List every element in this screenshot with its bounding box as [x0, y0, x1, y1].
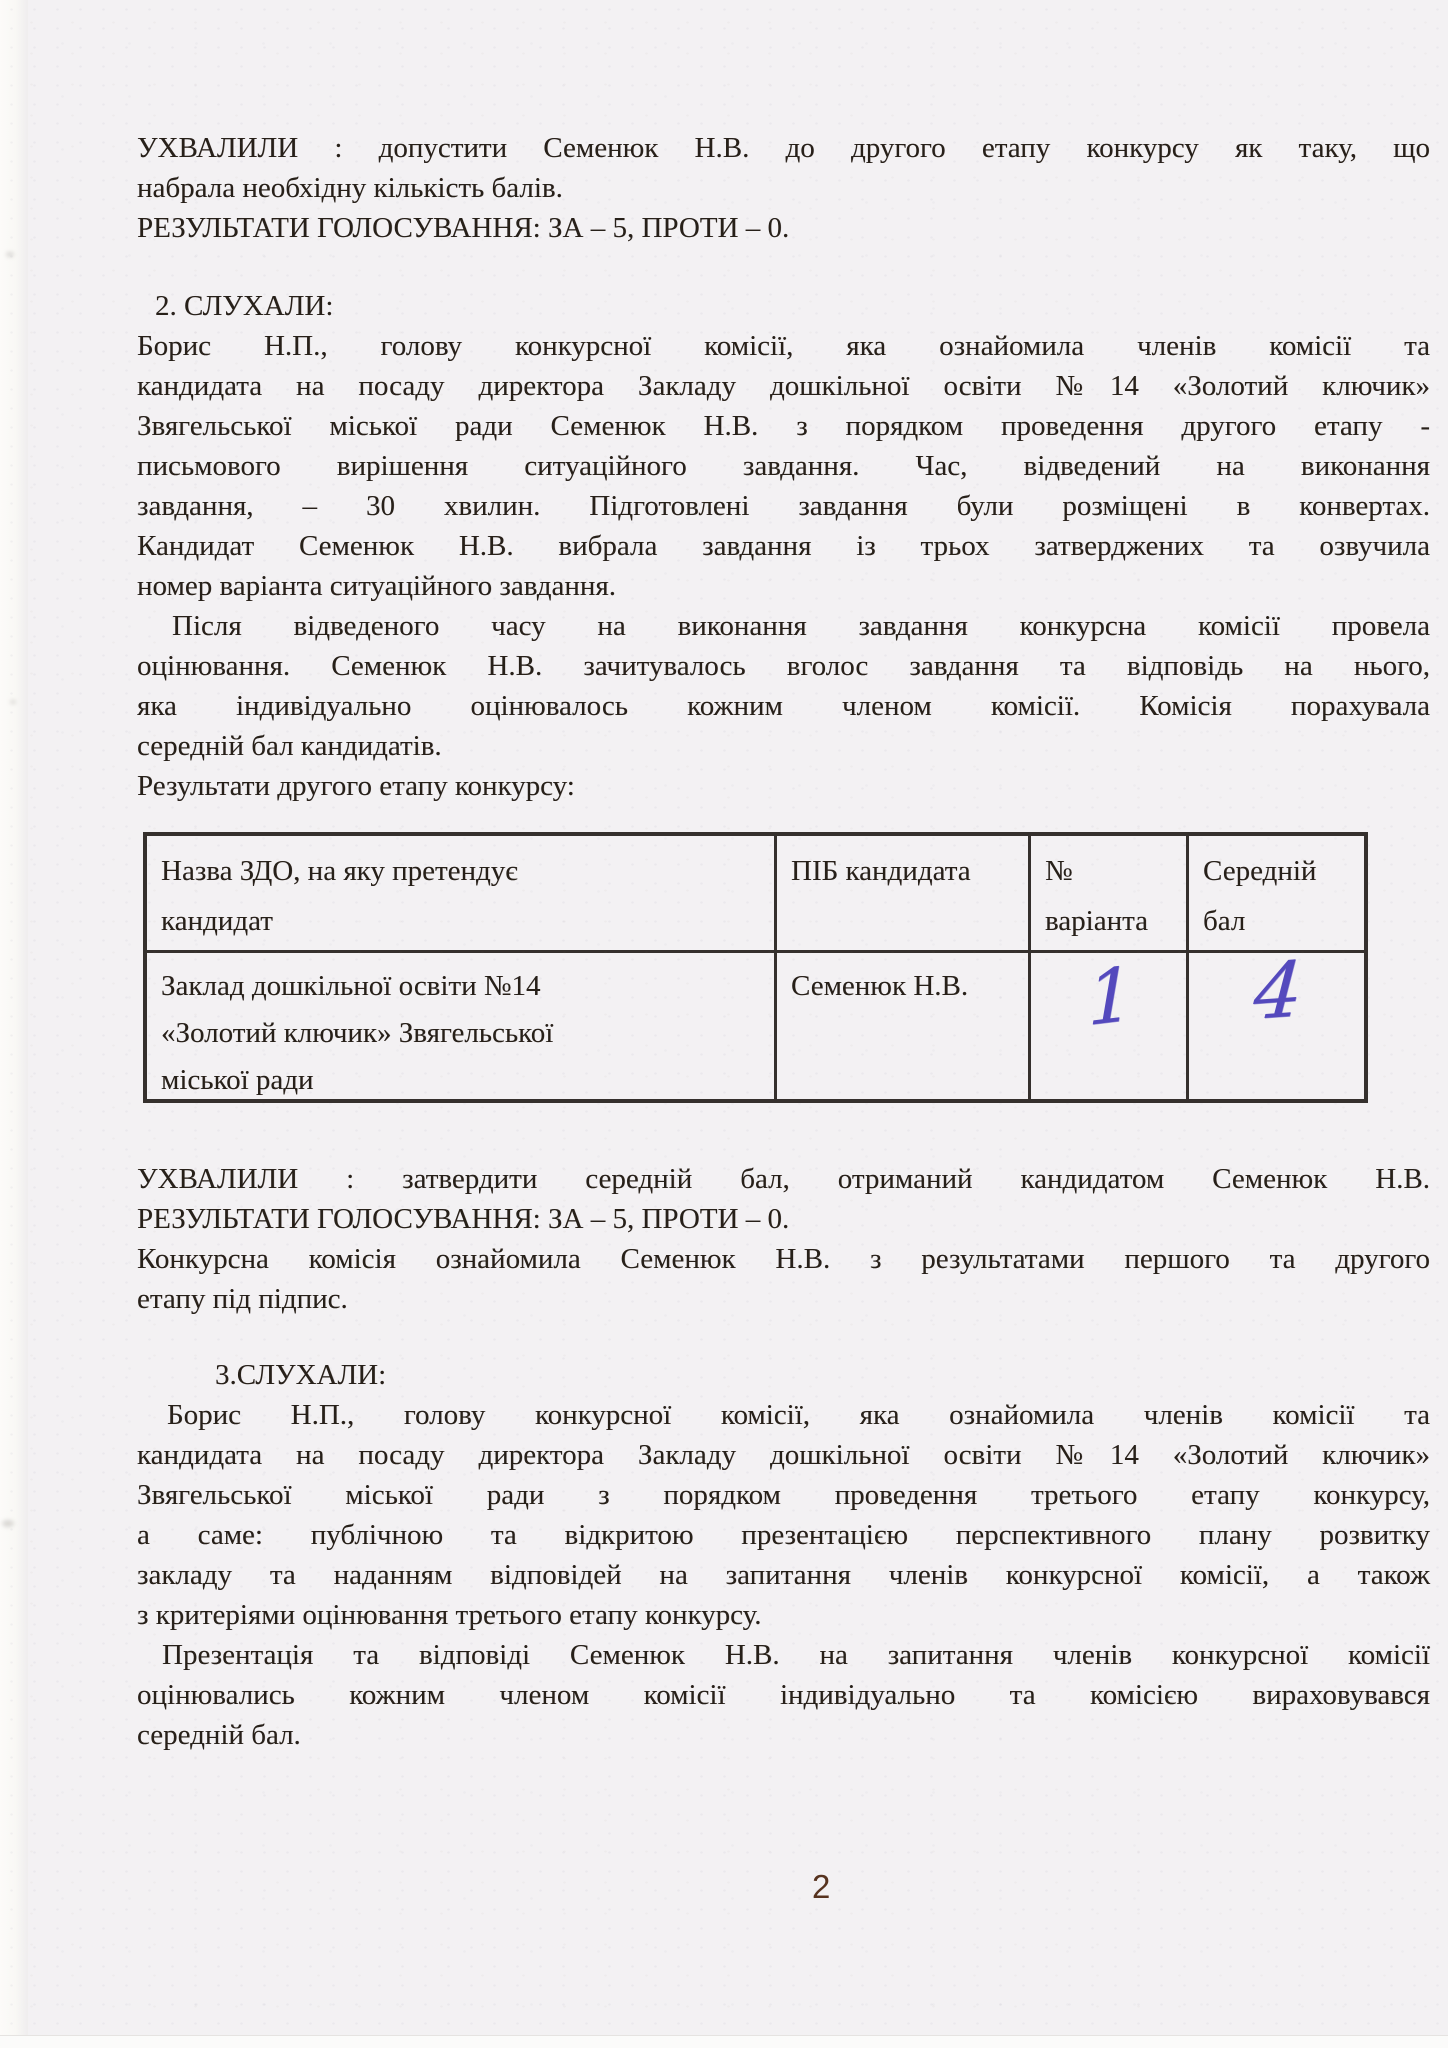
table-header-variant-number: № варіанта — [1031, 836, 1189, 953]
table-cell-text: Семенюк Н.В. — [791, 963, 1018, 1010]
table-header-zdo-name: Назва ЗДО, на яку претендує кандидат — [147, 836, 777, 953]
stage2-results-label: Результати другого етапу конкурсу: — [137, 766, 1430, 806]
commission-inform-line-2: етапу під підпис. — [137, 1279, 1430, 1319]
table-header-text: ПІБ кандидата — [791, 846, 1018, 896]
table-cell-text: Заклад дошкільної освіти №14 — [161, 963, 764, 1010]
table-cell-text: «Золотий ключик» Звягельської — [161, 1010, 764, 1057]
table-cell-variant-number: 1 — [1031, 953, 1189, 1099]
section-2-paragraph2-line: оцінювання. Семенюк Н.В. зачитувалось вг… — [137, 646, 1430, 686]
table-header-text: бал — [1203, 896, 1354, 946]
table-header-average-score: Середній бал — [1189, 836, 1364, 953]
table-header-text: № — [1045, 846, 1176, 896]
section-3-paragraph-line: а саме: публічною та відкритою презентац… — [137, 1515, 1430, 1555]
section-2-paragraph-line: кандидата на посаду директора Закладу до… — [137, 366, 1430, 406]
scan-left-edge — [0, 0, 28, 2048]
vote-results-line: РЕЗУЛЬТАТИ ГОЛОСУВАННЯ: ЗА – 5, ПРОТИ – … — [137, 1199, 1430, 1239]
section-2-paragraph-line: Кандидат Семенюк Н.В. вибрала завдання і… — [137, 526, 1430, 566]
table-cell-text: міської ради — [161, 1057, 764, 1104]
scanned-document-page: УХВАЛИЛИ : допустити Семенюк Н.В. до дру… — [0, 0, 1448, 2048]
section-3-paragraph-line: Звягельської міської ради з порядком про… — [137, 1475, 1430, 1515]
section-2-paragraph-line: завдання, – 30 хвилин. Підготовлені завд… — [137, 486, 1430, 526]
table-header-text: кандидат — [161, 896, 764, 946]
commission-inform-line: Конкурсна комісія ознайомила Семенюк Н.В… — [137, 1239, 1430, 1279]
page-number: 2 — [812, 1868, 830, 1906]
table-cell-candidate-name: Семенюк Н.В. — [777, 953, 1031, 1099]
section-2-paragraph2-line: Після відведеного часу на виконання завд… — [137, 606, 1430, 646]
section-3-paragraph2-line: оцінювались кожним членом комісії індиві… — [137, 1675, 1430, 1715]
table-cell-average-score: 4 — [1189, 953, 1364, 1099]
section-2-heading: 2. СЛУХАЛИ: — [137, 286, 1430, 326]
section-3-paragraph-line: закладу та наданням відповідей на запита… — [137, 1555, 1430, 1595]
table-header-text: варіанта — [1045, 896, 1176, 946]
vote-results-line: РЕЗУЛЬТАТИ ГОЛОСУВАННЯ: ЗА – 5, ПРОТИ – … — [137, 208, 1430, 248]
table-header-candidate-name: ПІБ кандидата — [777, 836, 1031, 953]
handwritten-average-score: 4 — [1253, 969, 1304, 1013]
section-3-paragraph-line: кандидата на посаду директора Закладу до… — [137, 1435, 1430, 1475]
section-3-paragraph2-line: Презентація та відповіді Семенюк Н.В. на… — [137, 1635, 1430, 1675]
stage2-results-table: Назва ЗДО, на яку претендує кандидат ПІБ… — [143, 832, 1368, 1103]
decision-admit-line: УХВАЛИЛИ : допустити Семенюк Н.В. до дру… — [137, 128, 1430, 168]
decision-approve-line: УХВАЛИЛИ : затвердити середній бал, отри… — [137, 1159, 1430, 1199]
scan-smudge — [10, 700, 16, 704]
section-2-paragraph-line: Звягельської міської ради Семенюк Н.В. з… — [137, 406, 1430, 446]
section-2-paragraph-line: письмового вирішення ситуаційного завдан… — [137, 446, 1430, 486]
section-2-paragraph2-line: яка індивідуально оцінювалось кожним чле… — [137, 686, 1430, 726]
scan-bottom-edge — [0, 2035, 1448, 2048]
section-2-paragraph-line: номер варіанта ситуаційного завдання. — [137, 566, 1430, 606]
section-2-paragraph-line: Борис Н.П., голову конкурсної комісії, я… — [137, 326, 1430, 366]
handwritten-variant-number: 1 — [1087, 974, 1134, 1020]
table-cell-zdo-name: Заклад дошкільної освіти №14 «Золотий кл… — [147, 953, 777, 1099]
section-2-paragraph2-line: середній бал кандидатів. — [137, 726, 1430, 766]
section-3-heading: 3.СЛУХАЛИ: — [137, 1355, 1430, 1395]
scan-smudge — [6, 252, 14, 257]
table-header-text: Назва ЗДО, на яку претендує — [161, 846, 764, 896]
scan-smudge — [2, 1520, 14, 1527]
table-header-text: Середній — [1203, 846, 1354, 896]
decision-admit-line-2: набрала необхідну кількість балів. — [137, 168, 1430, 208]
section-3-paragraph-line: Борис Н.П., голову конкурсної комісії, я… — [137, 1395, 1430, 1435]
document-text-block: УХВАЛИЛИ : допустити Семенюк Н.В. до дру… — [137, 128, 1430, 1755]
section-3-paragraph2-line: середній бал. — [137, 1715, 1430, 1755]
section-3-paragraph-line: з критеріями оцінювання третього етапу к… — [137, 1595, 1430, 1635]
